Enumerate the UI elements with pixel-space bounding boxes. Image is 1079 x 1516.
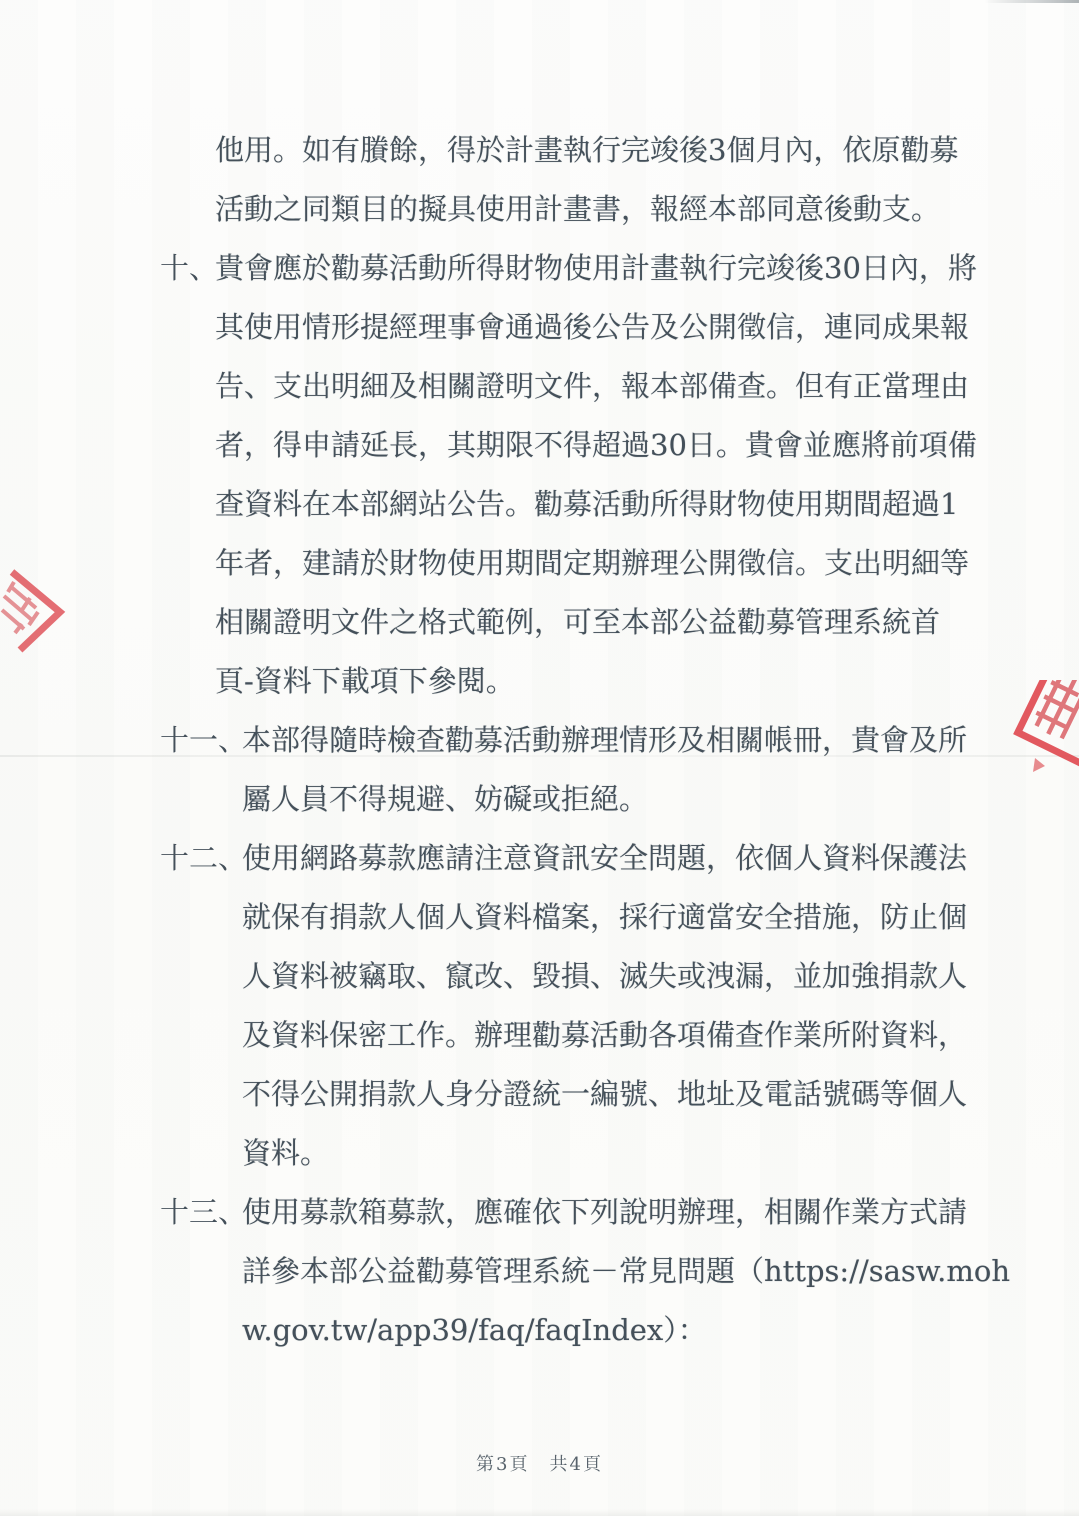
text-line: 告、支出明細及相關證明文件，報本部備查。但有正當理由 xyxy=(215,357,1040,416)
scan-fold-line xyxy=(0,755,1079,757)
text-line: 貴會應於勸募活動所得財物使用計畫執行完竣後30日內，將 xyxy=(215,239,1040,298)
scan-edge-artifact-bottom xyxy=(0,1509,1079,1516)
text-line: 年者，建請於財物使用期間定期辦理公開徵信。支出明細等 xyxy=(215,534,1040,593)
text-line: 使用網路募款應請注意資訊安全問題，依個人資料保護法 xyxy=(242,829,1040,888)
text-line: 詳參本部公益勸募管理系統－常見問題（https://sasw.moh xyxy=(242,1242,1040,1301)
red-seal-stamp-icon xyxy=(1009,680,1079,776)
page-footer: 第3頁 共4頁 xyxy=(0,1450,1079,1476)
text-line: 活動之同類目的擬具使用計畫書，報經本部同意後動支。 xyxy=(215,180,1040,239)
text-line: 資料。 xyxy=(242,1124,1040,1183)
text-line: 相關證明文件之格式範例，可至本部公益勸募管理系統首 xyxy=(215,593,1040,652)
document-body: 他用。如有賸餘，得於計畫執行完竣後3個月內，依原勸募 活動之同類目的擬具使用計畫… xyxy=(160,121,1040,1360)
text-line: 本部得隨時檢查勸募活動辦理情形及相關帳冊，貴會及所 xyxy=(242,711,1040,770)
text-line: w.gov.tw/app39/faq/faqIndex）： xyxy=(242,1301,1040,1360)
paragraph-item-13: 十三、 使用募款箱募款，應確依下列說明辦理，相關作業方式請 詳參本部公益勸募管理… xyxy=(160,1183,1040,1360)
paragraph-item-11: 十一、 本部得隨時檢查勸募活動辦理情形及相關帳冊，貴會及所 屬人員不得規避、妨礙… xyxy=(160,711,1040,829)
text-line: 人資料被竊取、竄改、毀損、滅失或洩漏，並加強捐款人 xyxy=(242,947,1040,1006)
item-number-label: 十三、 xyxy=(160,1183,247,1242)
text-line: 使用募款箱募款，應確依下列說明辦理，相關作業方式請 xyxy=(242,1183,1040,1242)
text-line: 就保有捐款人個人資料檔案，採行適當安全措施，防止個 xyxy=(242,888,1040,947)
scan-edge-artifact-top xyxy=(984,0,1079,3)
item-number-label: 十二、 xyxy=(160,829,247,888)
text-line: 查資料在本部網站公告。勸募活動所得財物使用期間超過1 xyxy=(215,475,1040,534)
text-line: 及資料保密工作。辦理勸募活動各項備查作業所附資料， xyxy=(242,1006,1040,1065)
text-line: 屬人員不得規避、妨礙或拒絕。 xyxy=(242,770,1040,829)
item-number-label: 十、 xyxy=(160,239,218,298)
document-page: 他用。如有賸餘，得於計畫執行完竣後3個月內，依原勸募 活動之同類目的擬具使用計畫… xyxy=(0,0,1079,1516)
paragraph-continuation: 他用。如有賸餘，得於計畫執行完竣後3個月內，依原勸募 活動之同類目的擬具使用計畫… xyxy=(160,121,1040,239)
red-seal-stamp-icon xyxy=(0,560,70,656)
text-line: 他用。如有賸餘，得於計畫執行完竣後3個月內，依原勸募 xyxy=(215,121,1040,180)
text-line: 頁-資料下載項下參閱。 xyxy=(215,652,1040,711)
text-line: 者，得申請延長，其期限不得超過30日。貴會並應將前項備 xyxy=(215,416,1040,475)
paragraph-item-10: 十、 貴會應於勸募活動所得財物使用計畫執行完竣後30日內，將 其使用情形提經理事… xyxy=(160,239,1040,711)
text-line: 不得公開捐款人身分證統一編號、地址及電話號碼等個人 xyxy=(242,1065,1040,1124)
paragraph-item-12: 十二、 使用網路募款應請注意資訊安全問題，依個人資料保護法 就保有捐款人個人資料… xyxy=(160,829,1040,1183)
text-line: 其使用情形提經理事會通過後公告及公開徵信，連同成果報 xyxy=(215,298,1040,357)
item-number-label: 十一、 xyxy=(160,711,247,770)
